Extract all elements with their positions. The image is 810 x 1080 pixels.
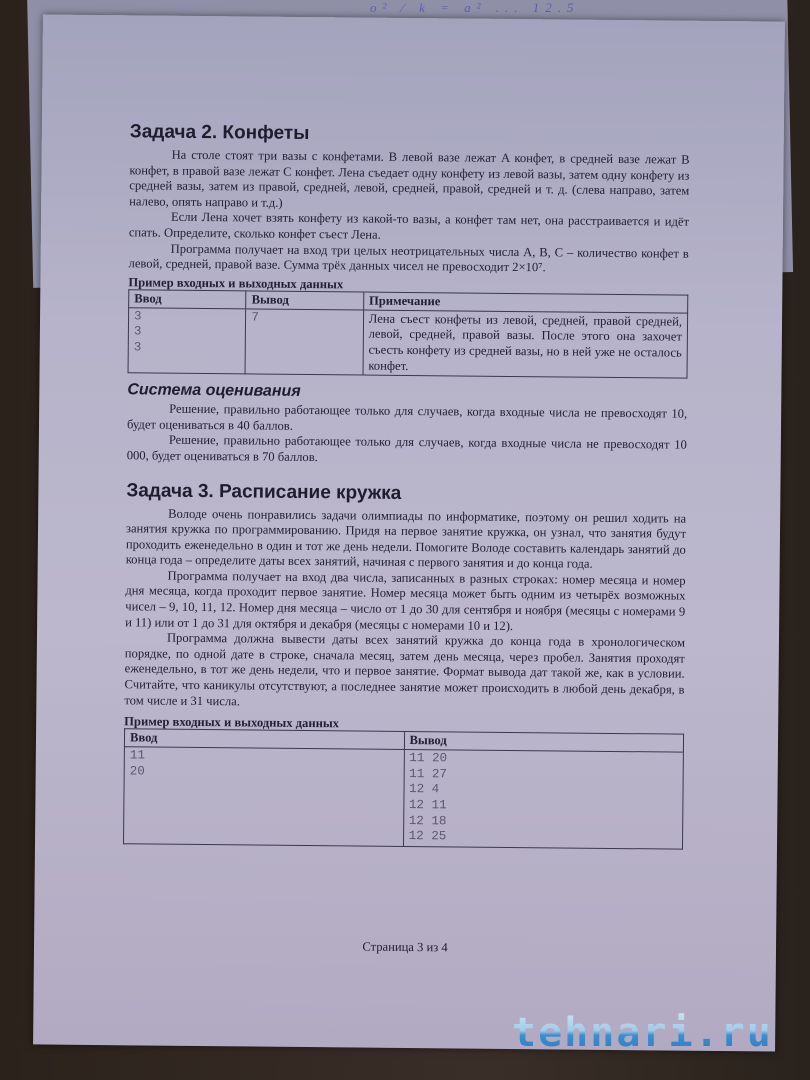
watermark-logo: tehnari.ru [512, 1010, 773, 1056]
table-row: 3 3 3 7 Лена съест конфеты из левой, сре… [128, 308, 688, 379]
grading-paragraph: Решение, правильно работающее только для… [127, 433, 687, 470]
page-number: Страница 3 из 4 [34, 936, 776, 958]
task2-title: Задача 2. Конфеты [130, 121, 690, 148]
page-content: Задача 2. Конфеты На столе стоят три ваз… [123, 107, 690, 849]
cell-note: Лена съест конфеты из левой, средней, пр… [363, 310, 688, 378]
header-input: Ввод [129, 290, 247, 309]
task3-title: Задача 3. Расписание кружка [126, 480, 686, 507]
task3-paragraph: Программа получает на вход два числа, за… [125, 568, 686, 636]
task2-example-table: Ввод Вывод Примечание 3 3 3 7 Лена съест… [128, 289, 689, 379]
cell-input: 3 3 3 [128, 308, 246, 374]
header-output: Вывод [246, 291, 364, 310]
cell-input: 11 20 [124, 747, 404, 846]
handwritten-notes: o² ⁄ k = a² ... 12.5 [370, 0, 580, 16]
task3-paragraph: Программа должна вывести даты всех занят… [124, 631, 685, 714]
cell-output: 7 [245, 309, 363, 375]
task2-paragraph: На столе стоят три вазы с конфетами. В л… [129, 147, 690, 215]
cell-output: 11 20 11 27 12 4 12 11 12 18 12 25 [403, 750, 683, 849]
document-page: Задача 2. Конфеты На столе стоят три ваз… [33, 14, 785, 1051]
task3-example-table: Ввод Вывод 11 20 11 20 11 27 12 4 12 11 … [123, 728, 684, 849]
task2-paragraph: Если Лена хочет взять конфету из какой-т… [129, 210, 689, 247]
task3-paragraph: Володе очень понравились задачи олимпиад… [126, 506, 687, 574]
task2-paragraph: Программа получает на вход три целых нео… [128, 241, 688, 278]
table-row: 11 20 11 20 11 27 12 4 12 11 12 18 12 25 [124, 747, 684, 849]
